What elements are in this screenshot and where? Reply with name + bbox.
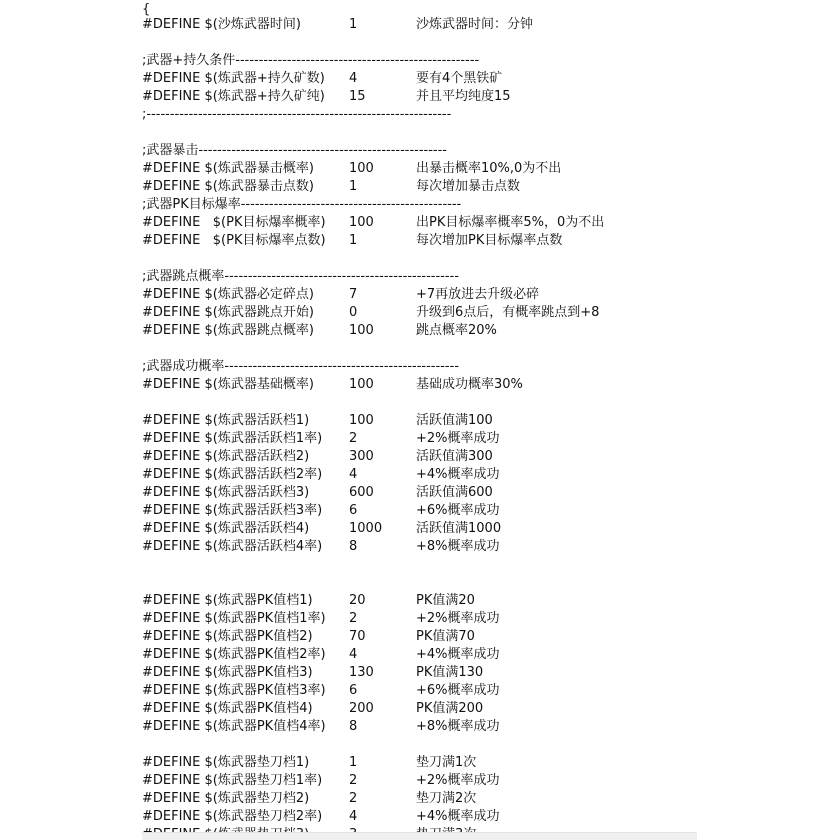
define-value: 6 bbox=[349, 682, 357, 700]
define-value: 1000 bbox=[349, 520, 382, 538]
define-value: 100 bbox=[349, 160, 374, 178]
define-comment: PK值满130 bbox=[416, 664, 483, 682]
section-comment-text: ;---------------------------------------… bbox=[142, 106, 451, 124]
define-comment: +8%概率成功 bbox=[416, 718, 500, 736]
define-value: 4 bbox=[349, 646, 357, 664]
define-comment: +7再放进去升级必碎 bbox=[416, 286, 539, 304]
define-value: 15 bbox=[349, 88, 366, 106]
define-comment: 并且平均纯度15 bbox=[416, 88, 511, 106]
define-comment: 每次增加暴击点数 bbox=[416, 178, 520, 196]
text-editor[interactable]: {#DEFINE $(沙炼武器时间)1沙炼武器时间：分钟;武器+持久条件----… bbox=[142, 0, 697, 840]
section-comment-text: ;武器暴击-----------------------------------… bbox=[142, 142, 447, 160]
define-comment: +4%概率成功 bbox=[416, 646, 500, 664]
define-comment: 沙炼武器时间：分钟 bbox=[416, 16, 533, 34]
define-value: 20 bbox=[349, 592, 366, 610]
define-comment: +2%概率成功 bbox=[416, 610, 500, 628]
define-value: 1 bbox=[349, 754, 357, 772]
define-value: 1 bbox=[349, 178, 357, 196]
define-comment: 活跃值满600 bbox=[416, 484, 493, 502]
define-value: 130 bbox=[349, 664, 374, 682]
define-key: #DEFINE $(炼武器活跃档2率) bbox=[142, 466, 322, 484]
define-comment: 升级到6点后，有概率跳点到+8 bbox=[416, 304, 599, 322]
define-comment: +8%概率成功 bbox=[416, 538, 500, 556]
define-comment: +4%概率成功 bbox=[416, 808, 500, 826]
define-key: #DEFINE $(炼武器暴击点数) bbox=[142, 178, 314, 196]
define-key: #DEFINE $(炼武器+持久矿数) bbox=[142, 70, 325, 88]
define-key: #DEFINE $(炼武器PK值档4) bbox=[142, 700, 313, 718]
define-comment: +4%概率成功 bbox=[416, 466, 500, 484]
define-key: #DEFINE $(炼武器PK值档2) bbox=[142, 628, 313, 646]
define-key: #DEFINE $(炼武器PK值档1率) bbox=[142, 610, 326, 628]
define-key: #DEFINE $(炼武器+持久矿纯) bbox=[142, 88, 325, 106]
define-comment: +6%概率成功 bbox=[416, 502, 500, 520]
define-key: #DEFINE $(炼武器垫刀档2) bbox=[142, 790, 309, 808]
define-key: #DEFINE $(炼武器基础概率) bbox=[142, 376, 314, 394]
define-comment: 垫刀满1次 bbox=[416, 754, 476, 772]
define-comment: 基础成功概率30% bbox=[416, 376, 523, 394]
define-value: 7 bbox=[349, 286, 357, 304]
define-key: #DEFINE $(PK目标爆率概率) bbox=[142, 214, 326, 232]
define-key: #DEFINE $(炼武器活跃档4) bbox=[142, 520, 309, 538]
define-key: #DEFINE $(炼武器PK值档2率) bbox=[142, 646, 326, 664]
define-value: 70 bbox=[349, 628, 366, 646]
define-key: #DEFINE $(炼武器垫刀档1率) bbox=[142, 772, 322, 790]
define-comment: PK值满200 bbox=[416, 700, 483, 718]
define-key: #DEFINE $(炼武器活跃档1率) bbox=[142, 430, 322, 448]
section-comment-text: ;武器跳点概率---------------------------------… bbox=[142, 268, 459, 286]
define-value: 4 bbox=[349, 70, 357, 88]
define-comment: 活跃值满300 bbox=[416, 448, 493, 466]
define-key: #DEFINE $(炼武器PK值档3率) bbox=[142, 682, 326, 700]
define-comment: 要有4个黑铁矿 bbox=[416, 70, 502, 88]
define-key: #DEFINE $(炼武器垫刀档2率) bbox=[142, 808, 322, 826]
brace-text: { bbox=[142, 2, 150, 17]
define-comment: 垫刀满2次 bbox=[416, 790, 476, 808]
define-value: 100 bbox=[349, 376, 374, 394]
define-key: #DEFINE $(沙炼武器时间) bbox=[142, 16, 301, 34]
define-value: 2 bbox=[349, 610, 357, 628]
define-key: #DEFINE $(炼武器PK值档3) bbox=[142, 664, 313, 682]
section-comment-text: ;武器PK目标爆率-------------------------------… bbox=[142, 196, 461, 214]
define-value: 100 bbox=[349, 322, 374, 340]
section-comment-text: ;武器+持久条件--------------------------------… bbox=[142, 52, 479, 70]
define-value: 2 bbox=[349, 790, 357, 808]
define-key: #DEFINE $(炼武器活跃档2) bbox=[142, 448, 309, 466]
define-value: 0 bbox=[349, 304, 357, 322]
define-value: 8 bbox=[349, 718, 357, 736]
define-value: 1 bbox=[349, 16, 357, 34]
horizontal-scrollbar[interactable] bbox=[142, 832, 697, 840]
define-key: #DEFINE $(炼武器垫刀档1) bbox=[142, 754, 309, 772]
define-key: #DEFINE $(炼武器PK值档4率) bbox=[142, 718, 326, 736]
define-comment: +2%概率成功 bbox=[416, 772, 500, 790]
define-key: #DEFINE $(炼武器必定碎点) bbox=[142, 286, 314, 304]
define-value: 2 bbox=[349, 430, 357, 448]
define-key: #DEFINE $(炼武器暴击概率) bbox=[142, 160, 314, 178]
define-value: 200 bbox=[349, 700, 374, 718]
define-comment: 每次增加PK目标爆率点数 bbox=[416, 232, 562, 250]
define-value: 600 bbox=[349, 484, 374, 502]
define-key: #DEFINE $(炼武器活跃档1) bbox=[142, 412, 309, 430]
define-comment: 出暴击概率10%,0为不出 bbox=[416, 160, 561, 178]
define-key: #DEFINE $(炼武器活跃档3率) bbox=[142, 502, 322, 520]
define-value: 6 bbox=[349, 502, 357, 520]
define-key: #DEFINE $(炼武器活跃档4率) bbox=[142, 538, 322, 556]
define-value: 4 bbox=[349, 466, 357, 484]
define-comment: +2%概率成功 bbox=[416, 430, 500, 448]
define-key: #DEFINE $(炼武器跳点开始) bbox=[142, 304, 314, 322]
define-value: 4 bbox=[349, 808, 357, 826]
define-comment: 活跃值满100 bbox=[416, 412, 493, 430]
define-comment: PK值满20 bbox=[416, 592, 475, 610]
define-value: 8 bbox=[349, 538, 357, 556]
define-value: 100 bbox=[349, 214, 374, 232]
define-key: #DEFINE $(炼武器PK值档1) bbox=[142, 592, 313, 610]
define-value: 100 bbox=[349, 412, 374, 430]
define-key: #DEFINE $(炼武器跳点概率) bbox=[142, 322, 314, 340]
define-value: 2 bbox=[349, 772, 357, 790]
define-comment: 出PK目标爆率概率5%，0为不出 bbox=[416, 214, 604, 232]
section-comment-text: ;武器成功概率---------------------------------… bbox=[142, 358, 459, 376]
define-key: #DEFINE $(炼武器活跃档3) bbox=[142, 484, 309, 502]
define-comment: 活跃值满1000 bbox=[416, 520, 501, 538]
define-comment: 跳点概率20% bbox=[416, 322, 497, 340]
define-comment: PK值满70 bbox=[416, 628, 475, 646]
define-comment: +6%概率成功 bbox=[416, 682, 500, 700]
define-key: #DEFINE $(PK目标爆率点数) bbox=[142, 232, 326, 250]
define-value: 300 bbox=[349, 448, 374, 466]
define-value: 1 bbox=[349, 232, 357, 250]
